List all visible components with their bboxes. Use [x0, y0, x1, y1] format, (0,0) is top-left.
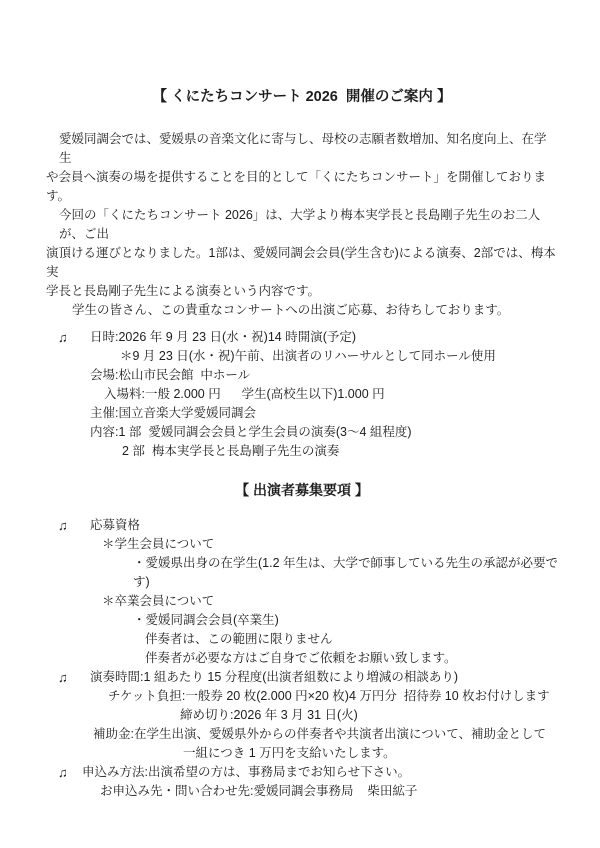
- event-program-part2: 2 部 梅本実学長と長島剛子先生の演奏: [46, 442, 558, 461]
- event-admission-fee: 入場料:一般 2.000 円 学生(高校生以下)1.000 円: [46, 385, 558, 404]
- eligibility-row: ♫ 応募資格: [46, 516, 558, 535]
- eligibility-heading: 応募資格: [90, 516, 558, 535]
- eligibility-student-members: ＊学生会員について: [46, 535, 558, 554]
- event-datetime-text: 日時:2026 年 9 月 23 日(水・祝)14 時開演(予定): [90, 328, 558, 347]
- event-organizer: 主催:国立音楽大学愛媛同調会: [46, 404, 558, 423]
- application-method-row: ♫ 申込み方法:出演希望の方は、事務局までお知らせ下さい。: [46, 763, 558, 782]
- eligibility-alumni-members: ＊卒業会員について: [46, 592, 558, 611]
- document-page: 【 くにたちコンサート 2026 開催のご案内 】 愛媛同調会では、愛媛県の音楽…: [0, 0, 600, 848]
- intro-paragraphs: 愛媛同調会では、愛媛県の音楽文化に寄与し、母校の志願者数増加、知名度向上、在学生…: [46, 130, 558, 320]
- recruitment-section: ♫ 応募資格 ＊学生会員について ・愛媛県出身の在学生(1.2 年生は、大学で師…: [46, 516, 558, 801]
- ticket-obligation: チケット負担:一般券 20 枚(2.000 円×20 枚)4 万円分 招待券 1…: [46, 687, 558, 706]
- music-note-icon: ♫: [46, 763, 82, 782]
- accompanist-note-1: 伴奏者は、この範囲に限りません: [46, 630, 558, 649]
- intro-line: 今回の「くにたちコンサート 2026」は、大学より梅本実学長と長島剛子先生のお二…: [46, 206, 558, 244]
- intro-line: 学長と長島剛子先生による演奏という内容です。: [46, 282, 558, 301]
- application-contact: お申込み先・問い合わせ先:愛媛同調会事務局 柴田絋子: [46, 782, 558, 801]
- intro-line: 演頂ける運びとなりました。1部は、愛媛同調会会員(学生含む)による演奏、2部では…: [46, 244, 558, 282]
- intro-line: や会員へ演奏の場を提供することを目的として「くにたちコンサート」を開催しておりま…: [46, 168, 558, 206]
- subsidy-line-2: 一組につき 1 万円を支給いたします。: [46, 744, 558, 763]
- intro-line: 愛媛同調会では、愛媛県の音楽文化に寄与し、母校の志願者数増加、知名度向上、在学生: [46, 130, 558, 168]
- eligibility-student-detail: ・愛媛県出身の在学生(1.2 年生は、大学で師事している先生の承認が必要です): [46, 554, 558, 592]
- document-title: 【 くにたちコンサート 2026 開催のご案内 】: [46, 88, 558, 107]
- deadline: 締め切り:2026 年 3 月 31 日(火): [46, 706, 558, 725]
- event-rehearsal-note: ＊9 月 23 日(水・祝)午前、出演者のリハーサルとして同ホール使用: [46, 347, 558, 366]
- recruitment-section-title: 【 出演者募集要項 】: [46, 481, 558, 500]
- music-note-icon: ♫: [46, 328, 90, 347]
- event-datetime-row: ♫ 日時:2026 年 9 月 23 日(水・祝)14 時開演(予定): [46, 328, 558, 347]
- subsidy-line-1: 補助金:在学生出演、愛媛県外からの伴奏者や共演者出演について、補助金として: [46, 725, 558, 744]
- event-details-section: ♫ 日時:2026 年 9 月 23 日(水・祝)14 時開演(予定) ＊9 月…: [46, 328, 558, 461]
- application-method-text: 申込み方法:出演希望の方は、事務局までお知らせ下さい。: [82, 763, 558, 782]
- eligibility-alumni-detail: ・愛媛同調会会員(卒業生): [46, 611, 558, 630]
- event-program-part1: 内容:1 部 愛媛同調会会員と学生会員の演奏(3～4 組程度): [46, 423, 558, 442]
- event-venue: 会場:松山市民会館 中ホール: [46, 366, 558, 385]
- accompanist-note-2: 伴奏者が必要な方はご自身でご依頼をお願い致します。: [46, 649, 558, 668]
- intro-line: 学生の皆さん、この貴重なコンサートへの出演ご応募、お待ちしております。: [46, 301, 558, 320]
- music-note-icon: ♫: [46, 516, 90, 535]
- performance-time-row: ♫ 演奏時間:1 組あたり 15 分程度(出演者組数により増減の相談あり): [46, 668, 558, 687]
- music-note-icon: ♫: [46, 668, 90, 687]
- performance-time-text: 演奏時間:1 組あたり 15 分程度(出演者組数により増減の相談あり): [90, 668, 558, 687]
